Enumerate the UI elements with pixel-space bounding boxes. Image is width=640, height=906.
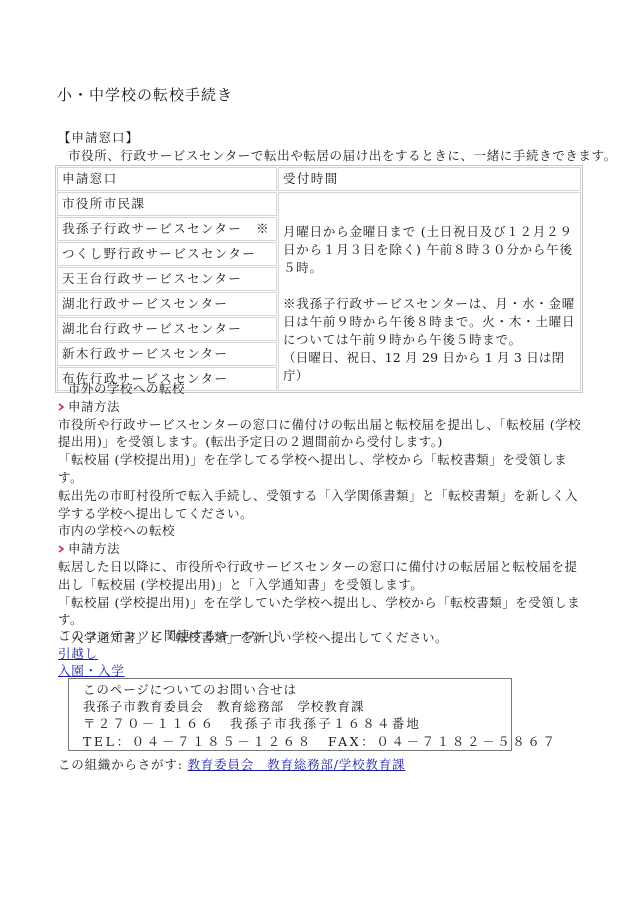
page-title: 小・中学校の転校手続き [57, 87, 233, 105]
outside-city-paragraph: 「転校届 (学校提出用)」を在学してる学校へ提出し、学校から「転校書類」を受領し… [58, 451, 588, 487]
office-name: 我孫子行政サービスセンター ※ [57, 217, 277, 241]
contact-phone: TEL：０４－７１８５－１２６８ FAX：０４－７１８２－５８６７ [83, 733, 511, 750]
outside-city-paragraph: 転出先の市町村役所で転入手続し、受領する「入学関係書類」と「転校書類」を新しく入… [58, 487, 588, 523]
transfer-procedures: 市外の学校への転校 申請方法 市役所や行政サービスセンターの窓口に備付けの転出届… [58, 380, 588, 647]
application-window-intro: 市役所、行政サービスセンターで転出や転居の届け出をするときに、一緒に手続きできま… [68, 147, 617, 165]
inside-city-paragraph: 転居した日以降に、市役所や行政サービスセンターの窓口に備付けの転居届と転校届を提… [58, 558, 588, 594]
application-window-table: 申請窓口 受付時間 市役所市民課 月曜日から金曜日まで (土日祝日及び１２月２９… [55, 165, 583, 393]
table-header-window: 申請窓口 [57, 167, 277, 191]
table-header-row: 申請窓口 受付時間 [57, 167, 581, 191]
keyword-link-moving[interactable]: 引越し [58, 646, 98, 661]
contact-department: 我孫子市教育委員会 教育総務部 学校教育課 [83, 698, 511, 715]
outside-city-method-label: 申請方法 [68, 398, 120, 416]
keywords-heading: このコンテンツに関連するキーワード [58, 627, 283, 645]
outside-city-paragraph: 市役所や行政サービスセンターの窓口に備付けの転出届と転校届を提出し、「転校届 (… [58, 416, 588, 452]
office-name: 湖北台行政サービスセンター [57, 317, 277, 341]
hours-general: 月曜日から金曜日まで (土日祝日及び１２月２９日から１月３日を除く) 午前８時３… [283, 223, 576, 277]
keyword-link-enrollment[interactable]: 入園・入学 [58, 663, 125, 678]
outside-city-heading: 市外の学校への転校 [58, 380, 588, 398]
hours-note: ※我孫子行政サービスセンターは、月・水・金曜日は午前９時から午後８時まで。火・木… [283, 295, 576, 349]
office-name: つくし野行政サービスセンター [57, 242, 277, 266]
org-search-label: この組織からさがす: [58, 757, 183, 772]
application-window-heading: 【申請窓口】 [58, 129, 139, 147]
inside-city-heading: 市内の学校への転校 [58, 522, 588, 540]
contact-heading: このページについてのお問い合せは [83, 681, 511, 698]
contact-box: このページについてのお問い合せは 我孫子市教育委員会 教育総務部 学校教育課 〒… [68, 678, 512, 751]
bullet-arrow-icon [58, 545, 65, 553]
contact-address: 〒２７０－１１６６ 我孫子市我孫子１６８４番地 [83, 715, 511, 732]
inside-city-paragraph: 「転校届 (学校提出用)」を在学していた学校へ提出し、学校から「転校書類」を受領… [58, 594, 588, 630]
hours-cell: 月曜日から金曜日まで (土日祝日及び１２月２９日から１月３日を除く) 午前８時３… [278, 192, 581, 391]
related-keywords: このコンテンツに関連するキーワード 引越し 入園・入学 [58, 627, 283, 680]
outside-city-method-heading: 申請方法 [58, 398, 588, 416]
bullet-arrow-icon [58, 403, 65, 411]
office-name: 市役所市民課 [57, 192, 277, 216]
table-row: 市役所市民課 月曜日から金曜日まで (土日祝日及び１２月２９日から１月３日を除く… [57, 192, 581, 216]
inside-city-method-label: 申請方法 [68, 540, 120, 558]
office-name: 天王台行政サービスセンター [57, 267, 277, 291]
inside-city-method-heading: 申請方法 [58, 540, 588, 558]
office-name: 新木行政サービスセンター [57, 342, 277, 366]
table-header-hours: 受付時間 [278, 167, 581, 191]
org-search: この組織からさがす: 教育委員会 教育総務部/学校教育課 [58, 756, 405, 774]
org-search-link[interactable]: 教育委員会 教育総務部/学校教育課 [188, 757, 406, 772]
office-name: 湖北行政サービスセンター [57, 292, 277, 316]
